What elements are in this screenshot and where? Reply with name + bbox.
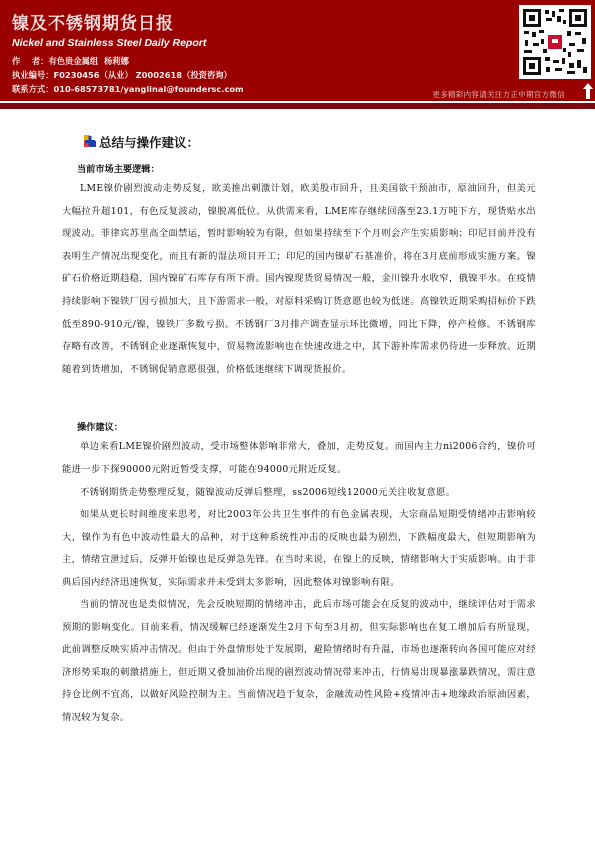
four-color-bullet-icon	[84, 135, 96, 150]
advice-paragraph-1: 单边来看LME镍价剧烈波动，受市场整体影响非常大，叠加，走势反复。而国内主力ni…	[62, 436, 536, 481]
contact-line[interactable]: 联系方式：010-68573781/yanglinal@foundersc.co…	[12, 83, 244, 95]
report-header: 镍及不锈钢期货日报 Nickel and Stainless Steel Dai…	[0, 0, 595, 101]
header-strip	[0, 103, 595, 109]
license-line: 执业编号：F0230456（从业） Z0002618（投资咨询）	[12, 69, 232, 81]
advice-paragraph-2: 不锈钢期货走势整理反复，随镍波动反弹后整理，ss2006短线12000元关注收复…	[62, 482, 536, 505]
author-line: 作 者：有色贵金属组 杨莉娜	[12, 55, 129, 67]
advice-paragraph-3: 如果从更长时间维度来思考，对比2003年公共卫生事件的有色金属表现，大宗商品短期…	[62, 504, 536, 594]
wechat-note: 更多精彩内容请关注方正中期官方微信	[432, 89, 565, 100]
qr-code-icon	[519, 5, 591, 79]
section-title: 总结与操作建议：	[84, 133, 199, 151]
advice-heading: 操作建议：	[77, 419, 123, 433]
market-logic-heading: 当前市场主要逻辑：	[77, 161, 160, 175]
advice-paragraph-4: 当前的情况也是类似情况，先会反映短期的情绪冲击，此后市场可能会在反复的波动中，继…	[62, 594, 536, 730]
report-title: 镍及不锈钢期货日报	[12, 9, 174, 34]
section-title-text: 总结与操作建议：	[99, 133, 199, 151]
market-logic-paragraph: LME镍价剧烈波动走势反复，欧美推出刺激计划，欧美股市回升，且美国欲干预油市，原…	[62, 178, 536, 381]
arrow-up-icon	[583, 83, 593, 103]
report-subtitle: Nickel and Stainless Steel Daily Report	[12, 37, 206, 49]
